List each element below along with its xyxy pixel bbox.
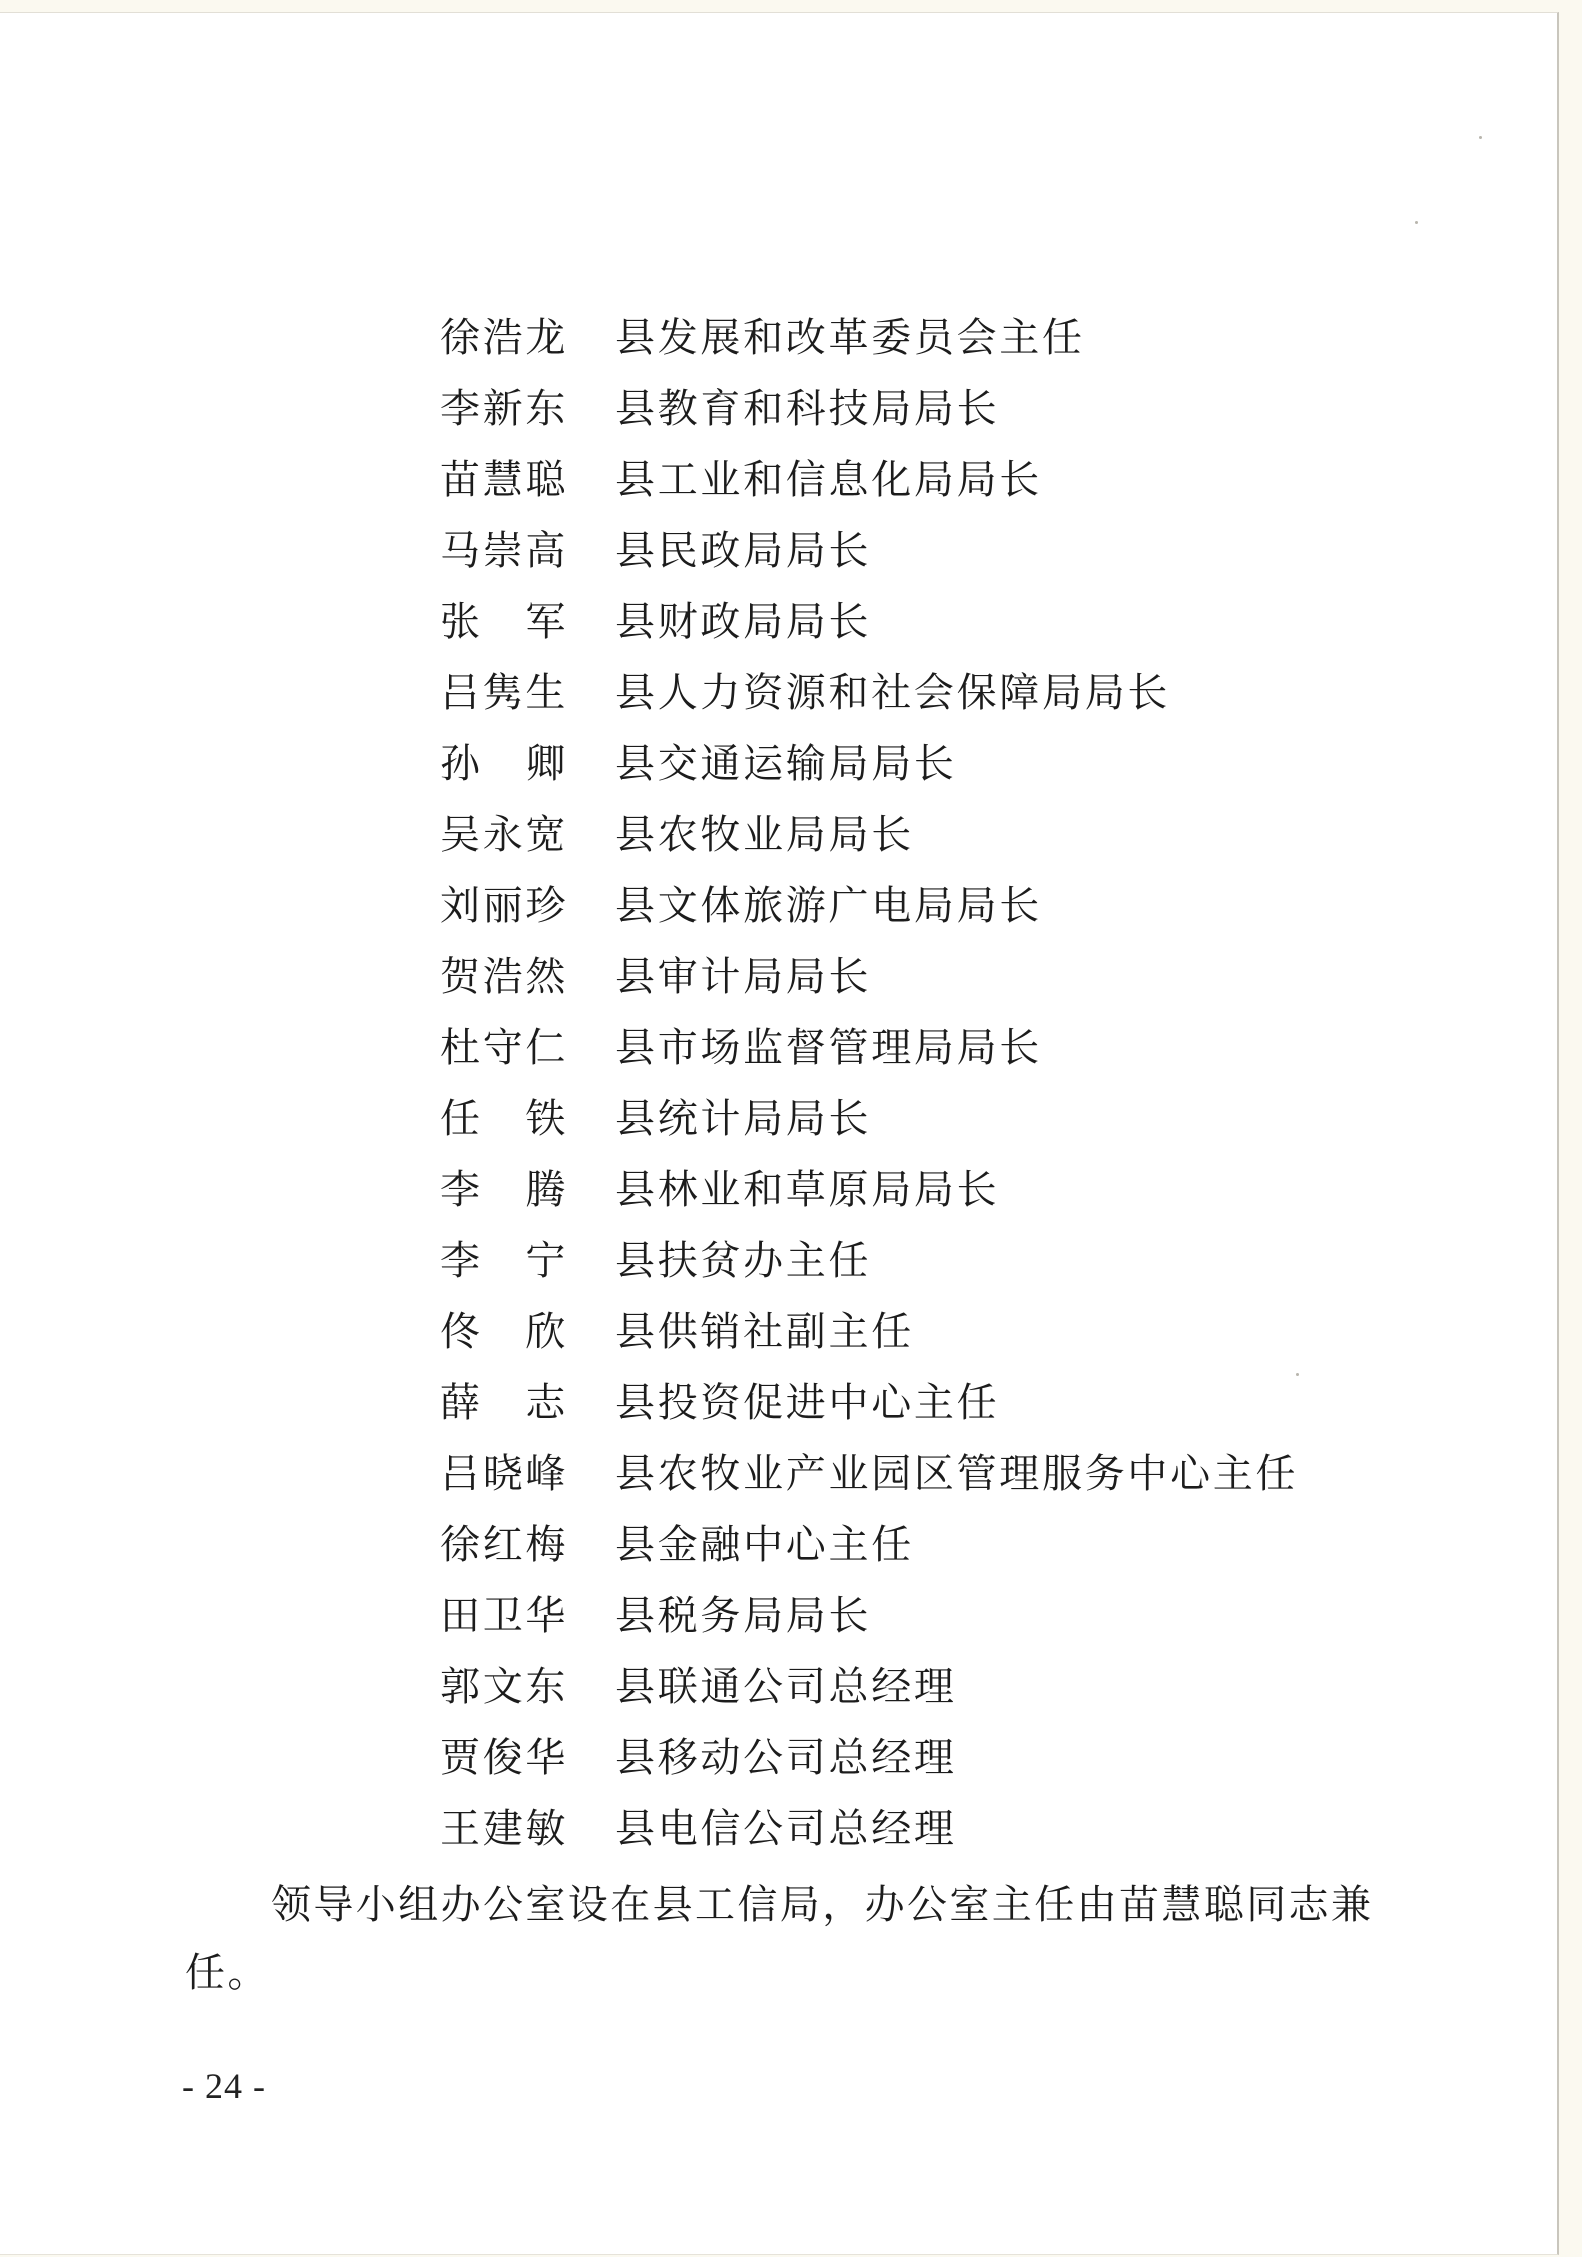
office-paragraph-text: 领导小组办公室设在县工信局，办公室主任由苗慧聪同志兼任。: [185, 1882, 1373, 1996]
scan-speck: [1296, 1373, 1299, 1376]
member-name: 吕晓峰: [440, 1439, 615, 1510]
member-name: 孙 卿: [440, 729, 615, 800]
member-row: 任 铁 县统计局局长: [440, 1084, 1298, 1155]
member-title: 县工业和信息化局局长: [615, 445, 1042, 516]
member-title: 县审计局局长: [615, 942, 871, 1013]
member-title: 县供销社副主任: [615, 1297, 914, 1368]
member-title: 县文体旅游广电局局长: [615, 871, 1042, 942]
member-name: 田卫华: [440, 1581, 615, 1652]
member-name: 贾俊华: [440, 1723, 615, 1794]
member-title: 县电信公司总经理: [615, 1794, 957, 1865]
member-row: 杜守仁 县市场监督管理局局长: [440, 1013, 1298, 1084]
member-row: 孙 卿 县交通运输局局长: [440, 729, 1298, 800]
member-row: 张 军 县财政局局长: [440, 587, 1298, 658]
member-name: 张 军: [440, 587, 615, 658]
member-name: 任 铁: [440, 1084, 615, 1155]
member-name: 李 宁: [440, 1226, 615, 1297]
member-row: 徐红梅 县金融中心主任: [440, 1510, 1298, 1581]
member-row: 刘丽珍 县文体旅游广电局局长: [440, 871, 1298, 942]
member-title: 县移动公司总经理: [615, 1723, 957, 1794]
member-row: 徐浩龙 县发展和改革委员会主任: [440, 303, 1298, 374]
member-title: 县税务局局长: [615, 1581, 871, 1652]
scan-speck: [1415, 221, 1418, 224]
member-row: 郭文东 县联通公司总经理: [440, 1652, 1298, 1723]
member-name: 吕隽生: [440, 658, 615, 729]
member-title: 县金融中心主任: [615, 1510, 914, 1581]
office-paragraph: 领导小组办公室设在县工信局，办公室主任由苗慧聪同志兼任。: [185, 1871, 1385, 2007]
member-name: 马崇高: [440, 516, 615, 587]
member-title: 县投资促进中心主任: [615, 1368, 999, 1439]
member-name: 李 腾: [440, 1155, 615, 1226]
member-title: 县民政局局长: [615, 516, 871, 587]
member-row: 贾俊华 县移动公司总经理: [440, 1723, 1298, 1794]
member-row: 吕隽生 县人力资源和社会保障局局长: [440, 658, 1298, 729]
scan-speck: [1479, 136, 1482, 139]
member-row: 苗慧聪 县工业和信息化局局长: [440, 445, 1298, 516]
member-name: 吴永宽: [440, 800, 615, 871]
member-row: 李 宁 县扶贫办主任: [440, 1226, 1298, 1297]
member-row: 王建敏 县电信公司总经理: [440, 1794, 1298, 1865]
member-name: 贺浩然: [440, 942, 615, 1013]
document-page: 徐浩龙 县发展和改革委员会主任 李新东 县教育和科技局局长 苗慧聪 县工业和信息…: [0, 12, 1559, 2255]
member-name: 王建敏: [440, 1794, 615, 1865]
member-title: 县农牧业局局长: [615, 800, 914, 871]
member-row: 李 腾 县林业和草原局局长: [440, 1155, 1298, 1226]
member-title: 县发展和改革委员会主任: [615, 303, 1085, 374]
member-title: 县市场监督管理局局长: [615, 1013, 1042, 1084]
member-name: 刘丽珍: [440, 871, 615, 942]
member-row: 田卫华 县税务局局长: [440, 1581, 1298, 1652]
member-name: 杜守仁: [440, 1013, 615, 1084]
page-number: - 24 -: [182, 2065, 266, 2107]
member-name: 薛 志: [440, 1368, 615, 1439]
member-row: 马崇高 县民政局局长: [440, 516, 1298, 587]
member-row: 贺浩然 县审计局局长: [440, 942, 1298, 1013]
member-row: 吴永宽 县农牧业局局长: [440, 800, 1298, 871]
member-name: 佟 欣: [440, 1297, 615, 1368]
member-name: 郭文东: [440, 1652, 615, 1723]
member-title: 县农牧业产业园区管理服务中心主任: [615, 1439, 1298, 1510]
member-title: 县人力资源和社会保障局局长: [615, 658, 1170, 729]
member-row: 佟 欣 县供销社副主任: [440, 1297, 1298, 1368]
member-name: 李新东: [440, 374, 615, 445]
member-title: 县教育和科技局局长: [615, 374, 999, 445]
member-title: 县扶贫办主任: [615, 1226, 871, 1297]
member-name: 苗慧聪: [440, 445, 615, 516]
member-row: 吕晓峰 县农牧业产业园区管理服务中心主任: [440, 1439, 1298, 1510]
member-title: 县统计局局长: [615, 1084, 871, 1155]
leadership-member-list: 徐浩龙 县发展和改革委员会主任 李新东 县教育和科技局局长 苗慧聪 县工业和信息…: [440, 303, 1298, 1865]
member-name: 徐浩龙: [440, 303, 615, 374]
member-title: 县联通公司总经理: [615, 1652, 957, 1723]
member-title: 县林业和草原局局长: [615, 1155, 999, 1226]
member-title: 县财政局局长: [615, 587, 871, 658]
member-title: 县交通运输局局长: [615, 729, 957, 800]
member-name: 徐红梅: [440, 1510, 615, 1581]
member-row: 薛 志 县投资促进中心主任: [440, 1368, 1298, 1439]
member-row: 李新东 县教育和科技局局长: [440, 374, 1298, 445]
